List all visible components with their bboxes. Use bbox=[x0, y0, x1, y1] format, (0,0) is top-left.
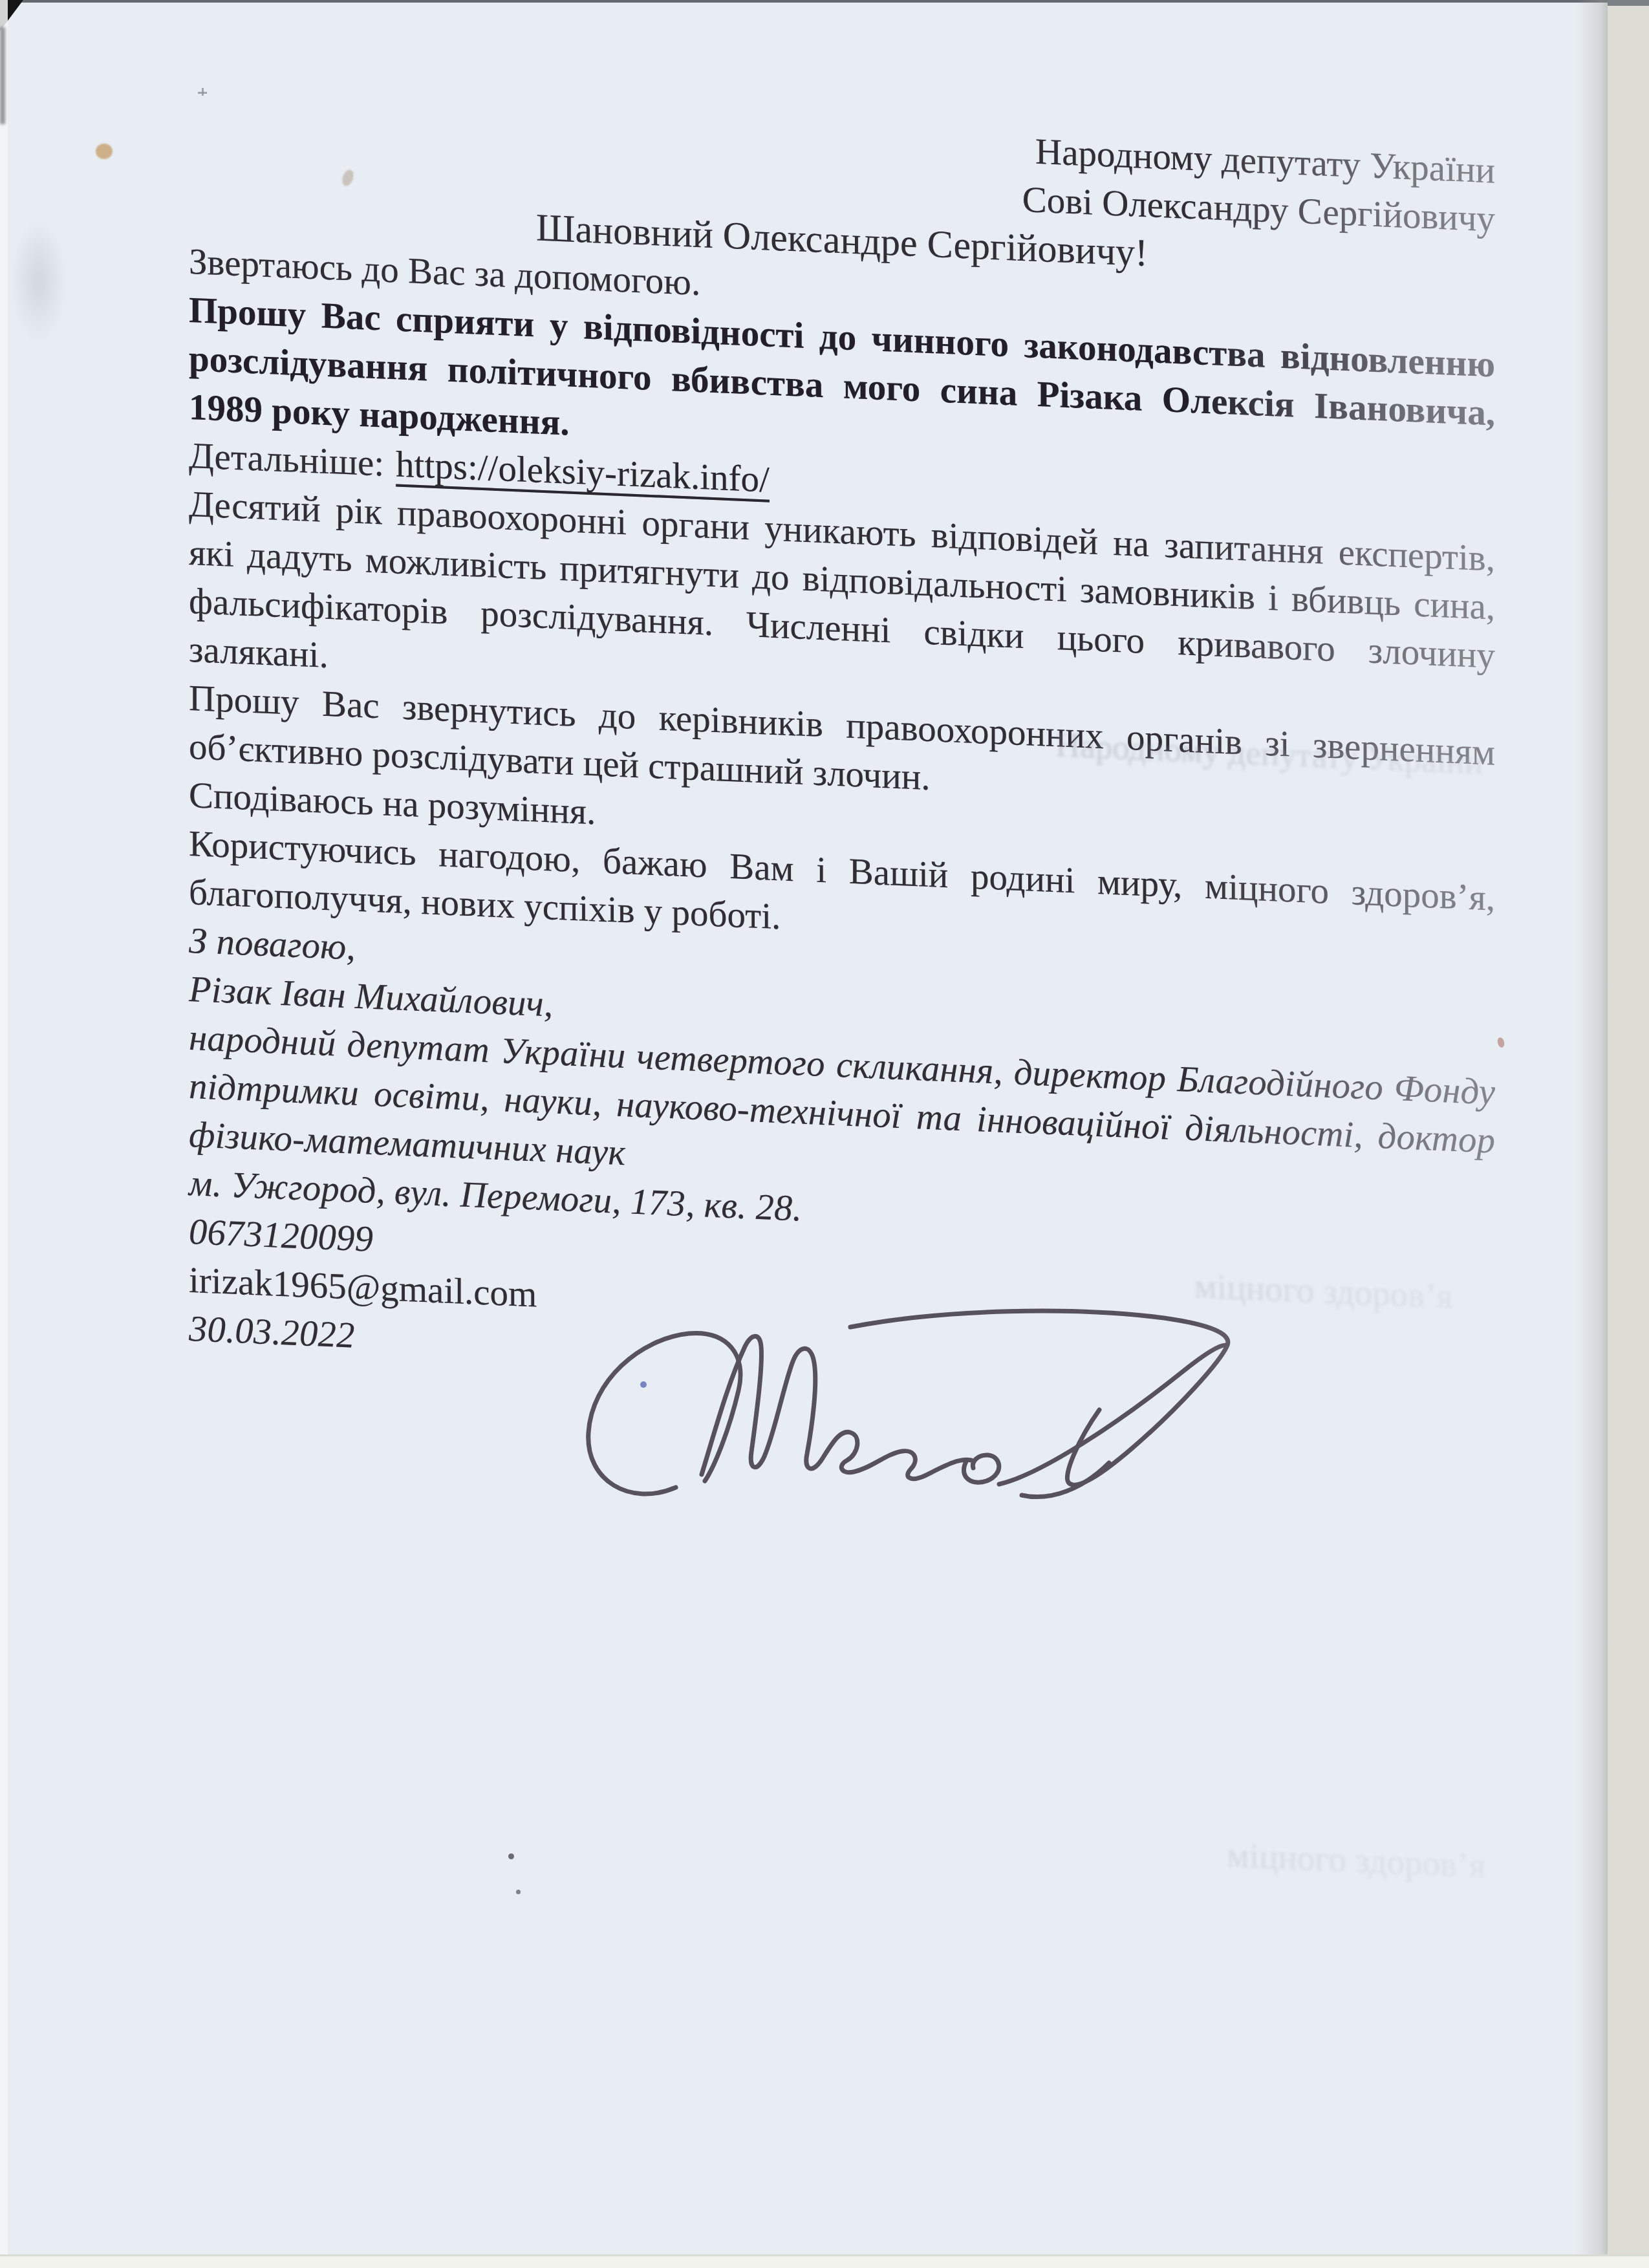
scan-speck bbox=[508, 1853, 514, 1859]
page-right-edge-shadow bbox=[1577, 0, 1608, 2268]
page-left-edge-shadow bbox=[0, 27, 5, 124]
scan-speck bbox=[1496, 1037, 1505, 1048]
scan-speck bbox=[516, 1890, 521, 1894]
letter-content: Народному депутату України Сові Олександ… bbox=[189, 92, 1495, 1408]
scan-corner-sliver bbox=[1608, 0, 1649, 6]
details-label: Детальніше: bbox=[189, 435, 384, 484]
scanned-letter-page: Народному депутату України Сові Олександ… bbox=[0, 0, 1649, 2268]
scanner-bed-bottom bbox=[0, 2254, 1649, 2268]
bleedthrough-text-3: міцного здоров’я bbox=[1227, 1830, 1485, 1890]
scan-smudge bbox=[12, 220, 66, 343]
handwritten-signature bbox=[569, 1293, 1255, 1510]
paper-stain bbox=[96, 144, 113, 159]
page-left-edge bbox=[0, 0, 8, 2268]
scan-top-edge bbox=[0, 0, 1608, 3]
scanner-bed-right bbox=[1608, 0, 1649, 2268]
